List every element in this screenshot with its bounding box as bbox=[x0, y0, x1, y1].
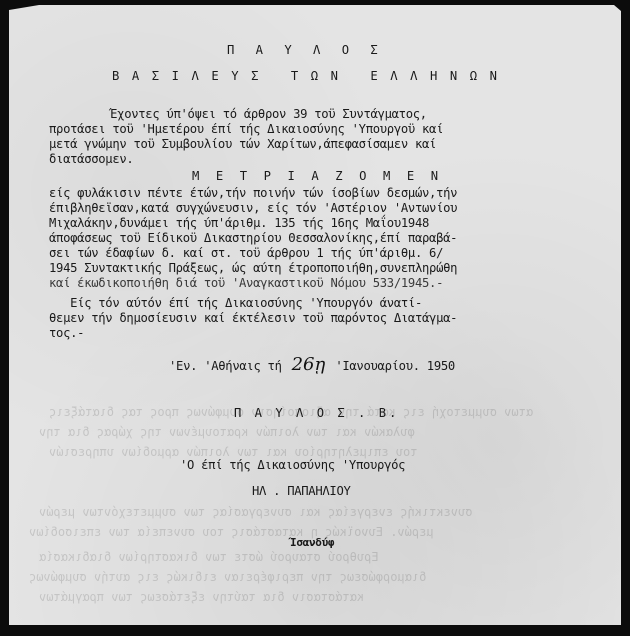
king-signature: Π Α Υ Λ Ο Σ . Β. bbox=[234, 406, 399, 421]
minister-name: ΗΛ . ΠΑΠΑΗΛΙΟΥ bbox=[252, 484, 351, 499]
bleed-through-text: διαμορφώσεως την περιφέρειαν ειδικώς εις… bbox=[29, 570, 426, 584]
closing-line: Είς τόν αύτόν έπί τής Δικαιοσύνης 'Υπουρ… bbox=[49, 296, 422, 311]
body-line: είς φυλάκισιν πέντε έτών,τήν ποινήν τών … bbox=[49, 186, 457, 201]
body-line: Μιχαλάκην,δυνάμει τής ύπ'άριθμ. 135 τής … bbox=[49, 216, 429, 231]
closing-line: τος.- bbox=[49, 326, 84, 341]
handwritten-note: Ίσανδύφ bbox=[290, 535, 334, 550]
preamble-line: Έχοντες ύπ'όψει τό άρθρον 39 τοϋ Συντάγμ… bbox=[89, 107, 427, 122]
decree-verb: Μ Ε Τ Ρ Ι Α Ζ Ο Μ Ε Ν bbox=[192, 169, 443, 184]
bleed-through-text: Ερυθρού σταυρού ώστε των δικαστηρίων δια… bbox=[39, 550, 379, 564]
document-page: ατων συμμετοχή εις κατά την αξιοποίησιν … bbox=[9, 5, 621, 625]
preamble-line: προτάσει τοϋ 'Ημετέρου έπί τής Δικαιοσύν… bbox=[49, 122, 443, 137]
preamble-line: διατάσσομεν. bbox=[49, 152, 133, 167]
bleed-through-text: συνεκτικής ενεργείας και συνεργασίας των… bbox=[39, 505, 472, 519]
bleed-through-text: του επιμελητηρίου και των λοιπών αρμοδίω… bbox=[49, 445, 417, 459]
date-handwritten: 26ῃ bbox=[292, 354, 326, 375]
body-line: καί έκωδικοποιήθη διά τοϋ 'Αναγκαστικοϋ … bbox=[49, 276, 443, 291]
bleed-through-text: φυλακών και των λοιπών κρατουμένων της χ… bbox=[39, 425, 415, 439]
bleed-through-text: κατάστασιν δια ταύτην εξετάσεως των πραγ… bbox=[39, 590, 364, 604]
date-line: 'Εν. 'Αθήναις τή 26ῃ 'Ιανουαρίου. 1950 bbox=[169, 354, 455, 375]
bleed-through-text: μερών. Ευνοϊκώς η καταστάσις του συνεπεί… bbox=[29, 525, 434, 539]
date-prefix: 'Εν. 'Αθήναις τή bbox=[169, 359, 282, 373]
body-line: σει τών έδαφίων δ. καί στ. τοϋ άρθρου 1 … bbox=[49, 246, 443, 261]
body-line: άποφάσεως τοϋ Είδικοϋ Δικαστηρίου Θεσσαλ… bbox=[49, 231, 457, 246]
heading-king-name: Π Α Υ Λ Ο Σ bbox=[227, 43, 385, 58]
closing-line: θεμεν τήν δημοσίευσιν καί έκτέλεσιν τοϋ … bbox=[49, 311, 457, 326]
body-line: έπιβληθεϊσαν,κατά συγχώνευσιν, είς τόν '… bbox=[49, 201, 457, 216]
heading-king-title: Β Α Σ Ι Λ Ε Υ Σ Τ Ω Ν Ε Λ Λ Η Ν Ω Ν bbox=[112, 69, 500, 84]
preamble-line: μετά γνώμην τοϋ Συμβουλίου τών Χαρίτων,ά… bbox=[49, 137, 436, 152]
body-line: 1945 Συντακτικής Πράξεως, ώς αύτη έτροπο… bbox=[49, 261, 457, 276]
date-suffix: 'Ιανουαρίου. 1950 bbox=[335, 359, 455, 373]
minister-title: 'Ο έπί τής Δικαιοσύνης 'Υπουργός bbox=[180, 458, 405, 473]
